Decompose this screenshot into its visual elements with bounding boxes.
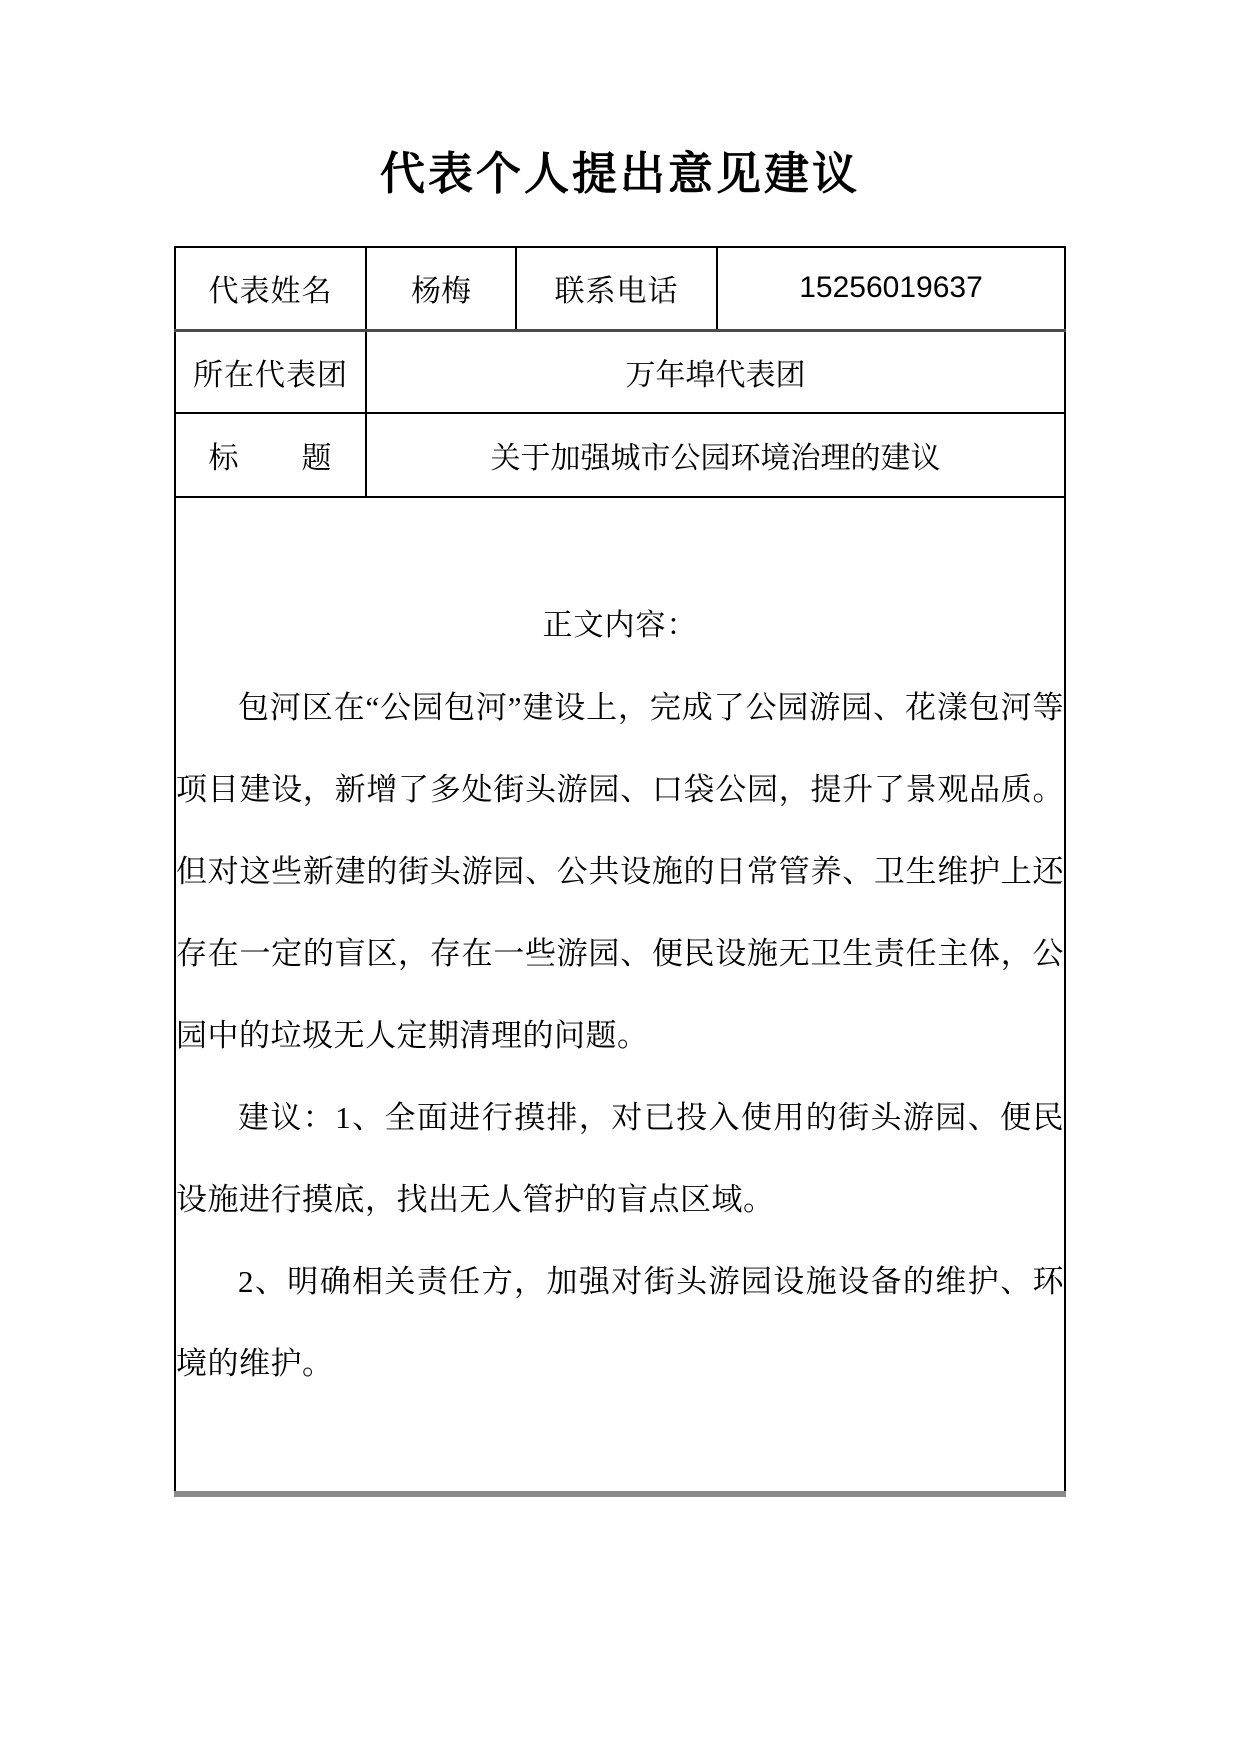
page-title: 代表个人提出意见建议 xyxy=(0,0,1240,208)
content-heading: 正文内容： xyxy=(176,585,1064,667)
subject-label: 标 题 xyxy=(175,413,366,497)
table-row: 所在代表团 万年埠代表团 xyxy=(175,330,1065,413)
table-row: 标 题 关于加强城市公园环境治理的建议 xyxy=(175,413,1065,497)
rep-name-label: 代表姓名 xyxy=(175,247,366,330)
delegation-label: 所在代表团 xyxy=(175,330,366,413)
phone-label: 联系电话 xyxy=(516,247,717,330)
body-paragraph: 2、明确相关责任方，加强对街头游园设施设备的维护、环境的维护。 xyxy=(176,1241,1064,1405)
body-paragraph: 包河区在“公园包河”建设上，完成了公园游园、花漾包河等项目建设，新增了多处街头游… xyxy=(176,667,1064,1077)
phone-value: 15256019637 xyxy=(717,247,1065,330)
suggestion-form-table: 代表姓名 杨梅 联系电话 15256019637 所在代表团 万年埠代表团 标 … xyxy=(174,246,1066,1497)
table-row: 正文内容： 包河区在“公园包河”建设上，完成了公园游园、花漾包河等项目建设，新增… xyxy=(175,497,1065,1494)
document-page: 代表个人提出意见建议 代表姓名 杨梅 联系电话 15256019637 所在代表… xyxy=(0,0,1240,1753)
delegation-value: 万年埠代表团 xyxy=(366,330,1065,413)
subject-value: 关于加强城市公园环境治理的建议 xyxy=(366,413,1065,497)
content-cell: 正文内容： 包河区在“公园包河”建设上，完成了公园游园、花漾包河等项目建设，新增… xyxy=(175,497,1065,1494)
body-paragraph: 建议：1、全面进行摸排，对已投入使用的街头游园、便民设施进行摸底，找出无人管护的… xyxy=(176,1077,1064,1241)
table-row: 代表姓名 杨梅 联系电话 15256019637 xyxy=(175,247,1065,330)
rep-name-value: 杨梅 xyxy=(366,247,516,330)
